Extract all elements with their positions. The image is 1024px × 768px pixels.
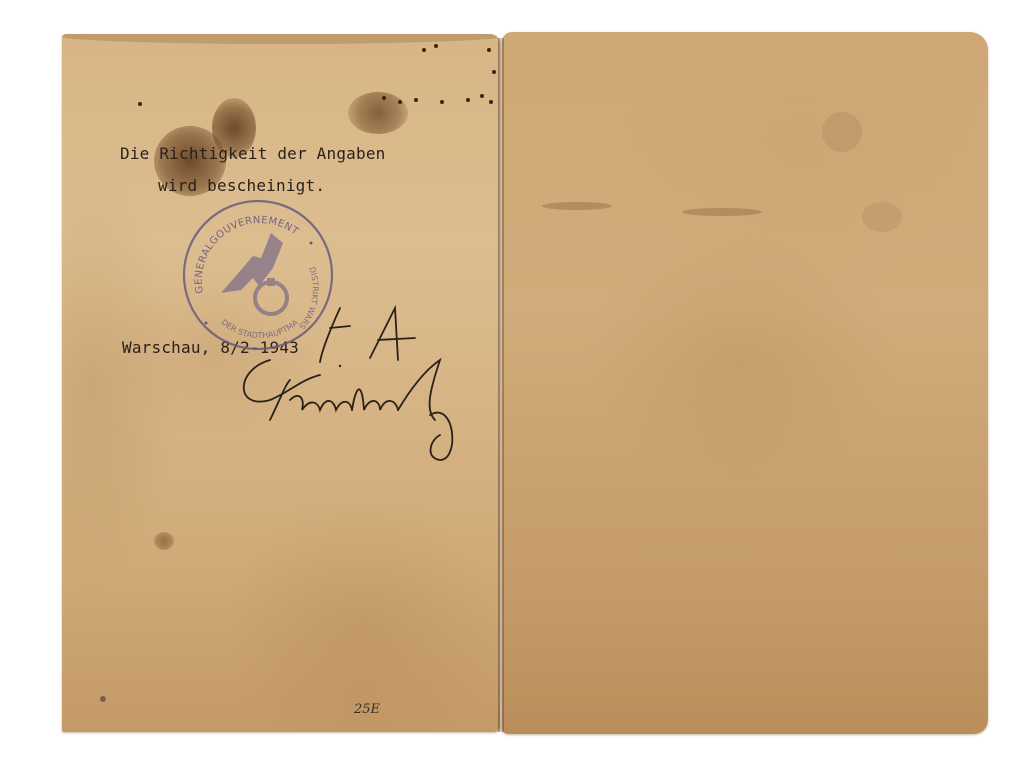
- mark: [862, 202, 902, 232]
- mark: [542, 202, 612, 210]
- ink-dot: [466, 98, 470, 102]
- certification-line-2: wird bescheinigt.: [158, 176, 325, 195]
- ink-dot: [480, 94, 484, 98]
- pencil-note: 25E: [354, 702, 380, 717]
- ink-dot: [382, 96, 386, 100]
- ink-dot: [398, 100, 402, 104]
- ink-dot: [434, 44, 438, 48]
- ink-dot: [487, 48, 491, 52]
- top-edge-wear: [62, 34, 500, 44]
- ink-dot: [100, 696, 106, 702]
- document-photo: Die Richtigkeit der Angaben wird beschei…: [0, 0, 1024, 768]
- booklet-spine: [498, 38, 504, 732]
- ink-dot: [422, 48, 426, 52]
- right-page: [502, 32, 988, 734]
- ink-dot: [440, 100, 444, 104]
- stain-right: [348, 92, 408, 134]
- mark: [822, 112, 862, 152]
- ink-dot: [414, 98, 418, 102]
- ink-dot: [489, 100, 493, 104]
- ink-dot: [492, 70, 496, 74]
- mark: [682, 208, 762, 216]
- certification-line-1: Die Richtigkeit der Angaben: [120, 144, 386, 163]
- handwritten-signature: [230, 300, 480, 470]
- ink-dot: [138, 102, 142, 106]
- stain-lower: [154, 532, 174, 550]
